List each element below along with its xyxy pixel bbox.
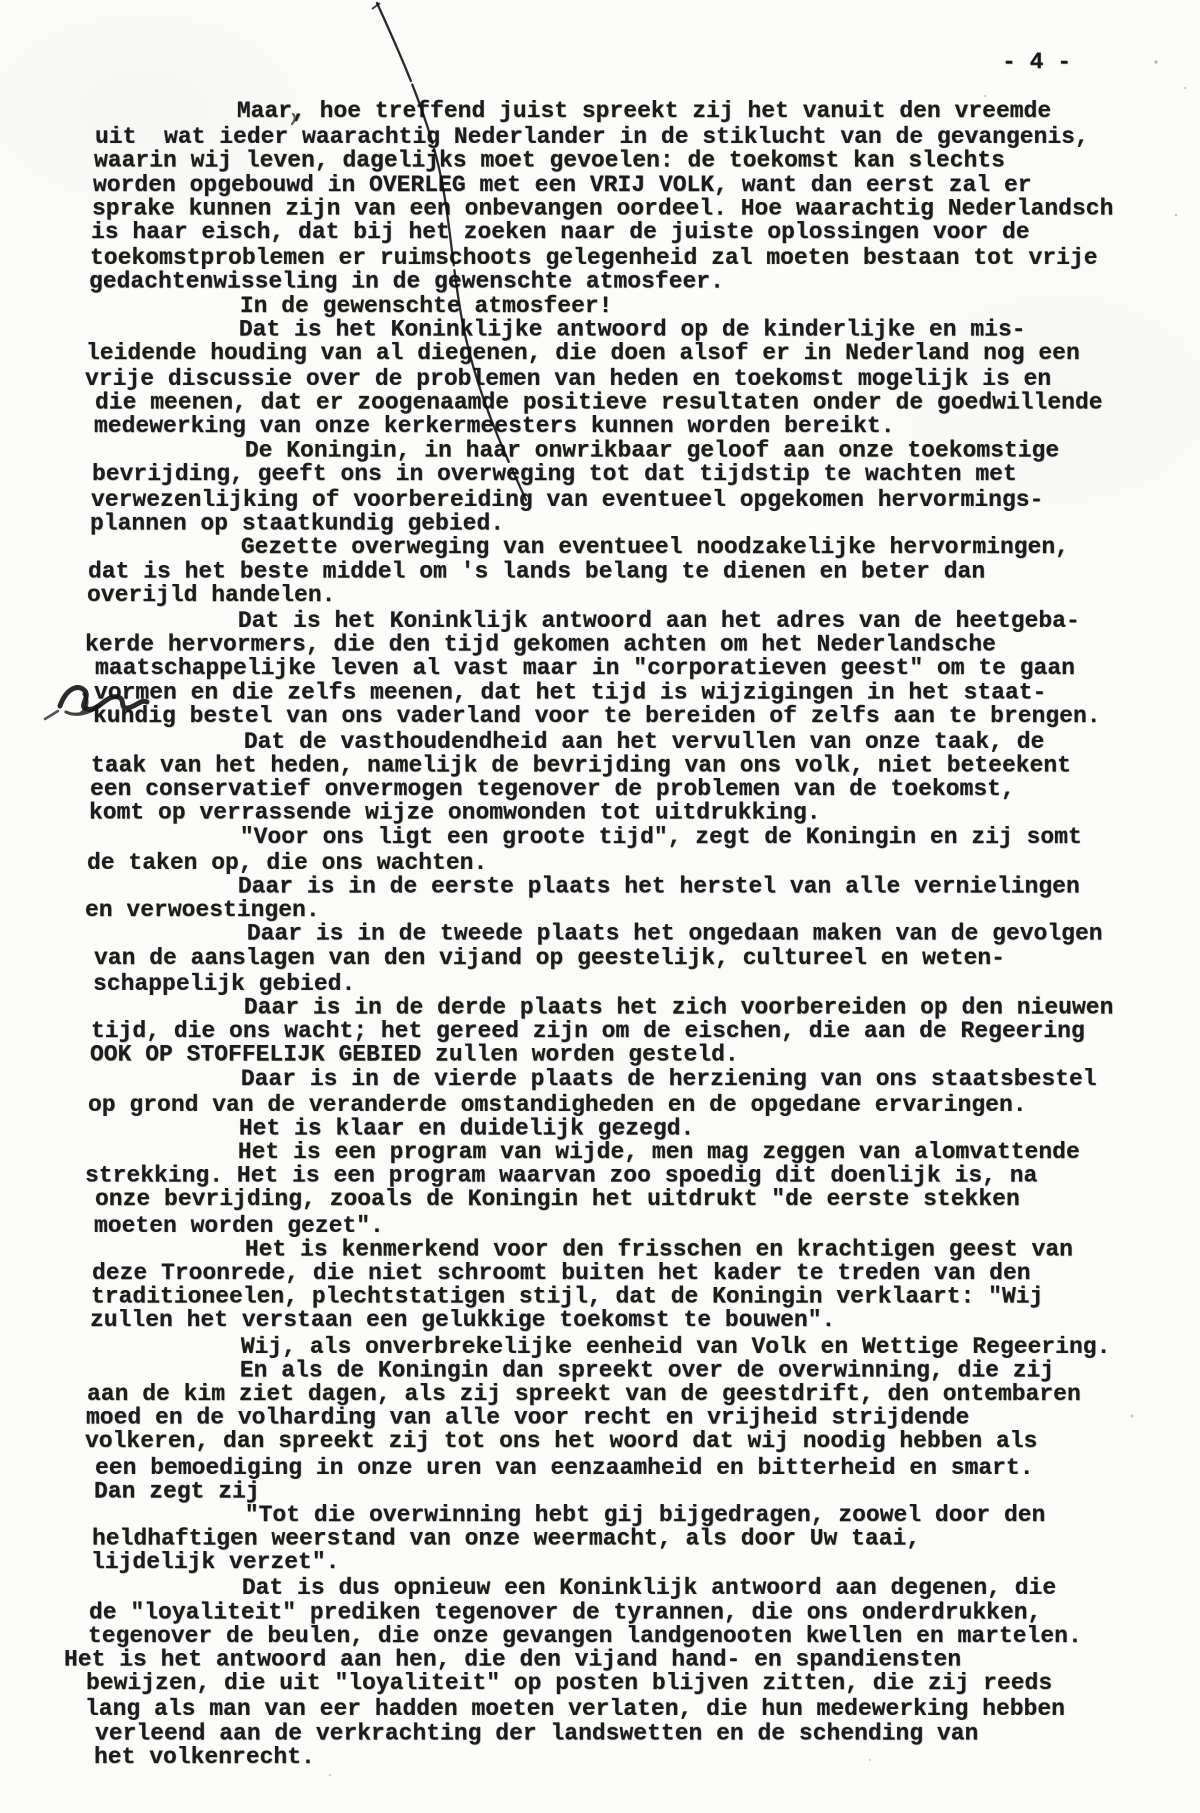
- text-line: die meenen, dat er zoogenaamde positieve…: [95, 391, 1175, 415]
- text-line: aan de kim ziet dagen, als zij spreekt v…: [87, 1382, 1167, 1406]
- text-line: schappelijk gebied.: [93, 972, 1173, 996]
- scratch-tip-mark: [372, 3, 380, 9]
- text-line: overijld handelen.: [87, 583, 1167, 607]
- text-line: strekking. Het is een program waarvan zo…: [85, 1164, 1165, 1188]
- text-line: deze Troonrede, die niet schroomt buiten…: [92, 1261, 1172, 1285]
- text-line: Daar is in de eerste plaats het herstel …: [86, 874, 1166, 898]
- text-line: Het is kenmerkend voor den frisschen en …: [93, 1237, 1173, 1261]
- text-line: uit wat ieder waarachtig Nederlander in …: [95, 125, 1175, 149]
- margin-tick-mark: [45, 711, 58, 719]
- text-line: worden opgebouwd in OVERLEG met een VRIJ…: [93, 173, 1173, 197]
- text-line: En als de Koningin dan spreekt over de o…: [88, 1358, 1168, 1382]
- text-line: "Voor ons ligt een groote tijd", zegt de…: [88, 825, 1168, 849]
- text-line: OOK OP STOFFELIJK GEBIED zullen worden g…: [90, 1043, 1170, 1067]
- text-line: moeten worden gezet".: [94, 1213, 1174, 1237]
- text-line: op grond van de veranderde omstandighede…: [88, 1092, 1168, 1116]
- text-line: komt op verrassende wijze onomwonden tot…: [89, 801, 1169, 825]
- text-line: tijd, die ons wacht; het gereed zijn om …: [91, 1019, 1171, 1043]
- text-line: sprake kunnen zijn van een onbevangen oo…: [92, 196, 1172, 220]
- text-line: medewerking van onze kerkermeesters kunn…: [94, 414, 1174, 438]
- text-line: Dat is het Koninklijk antwoord aan het a…: [86, 609, 1166, 633]
- text-line: Dat de vasthoudendheid aan het vervullen…: [92, 730, 1172, 754]
- text-line: verleend aan de verkrachting der landswe…: [95, 1721, 1175, 1745]
- text-line: is haar eisch, dat bij het zoeken naar d…: [91, 220, 1171, 244]
- text-line: de taken op, die ons wachten.: [87, 851, 1167, 875]
- text-line: een bemoediging in onze uren van eenzaam…: [95, 1455, 1175, 1479]
- text-line: dat is het beste middel om 's lands bela…: [88, 559, 1168, 583]
- text-line: Het is klaar en duidelijk gezegd.: [87, 1116, 1167, 1140]
- text-line: Wij, als onverbrekelijke eenheid van Vol…: [89, 1334, 1169, 1358]
- text-line: Dat is het Koninklijke antwoord op de ki…: [87, 317, 1167, 341]
- text-line: moed en de volharding van alle voor rech…: [86, 1406, 1166, 1430]
- page-number: - 4 -: [1002, 50, 1071, 74]
- text-line: verwezenlijking of voorbereiding van eve…: [91, 488, 1171, 512]
- text-line: het volkenrecht.: [94, 1745, 1174, 1769]
- text-line: kerde hervormers, die den tijd gekomen a…: [85, 633, 1165, 657]
- text-line: In de gewenschte atmosfeer!: [88, 294, 1168, 318]
- text-line: gedachtenwisseling in de gewenschte atmo…: [89, 270, 1169, 294]
- text-line: tegenover de beulen, die onze gevangen l…: [88, 1624, 1168, 1648]
- text-line: Maar, hoe treffend juist spreekt zij het…: [85, 99, 1165, 123]
- text-line: vrije discussie over de problemen van he…: [85, 367, 1165, 391]
- text-line: plannen op staatkundig gebied.: [90, 512, 1170, 536]
- text-line: Dat is dus opnieuw een Koninklijk antwoo…: [90, 1576, 1170, 1600]
- text-line: Dan zegt zij: [94, 1479, 1174, 1503]
- text-line: Het is het antwoord aan hen, die den vij…: [64, 1648, 1144, 1672]
- scanned-document-page: - 4 - Maar, hoe treffend juist spreekt z…: [0, 0, 1200, 1813]
- text-line: de "loyaliteit" prediken tegenover de ty…: [89, 1600, 1169, 1624]
- text-line: "Tot die overwinning hebt gij bijgedrage…: [93, 1503, 1173, 1527]
- text-line: bewijzen, die uit "loyaliteit" op posten…: [86, 1671, 1166, 1695]
- text-line: lijdelijk verzet".: [91, 1550, 1171, 1574]
- text-line: traditioneelen, plechtstatigen stijl, da…: [91, 1285, 1171, 1309]
- text-line: Daar is in de derde plaats het zich voor…: [92, 995, 1172, 1019]
- document-text-block: Maar, hoe treffend juist spreekt zij het…: [90, 100, 1170, 1769]
- text-line: van de aanslagen van den vijand op geest…: [94, 946, 1174, 970]
- text-line: Daar is in de tweede plaats het ongedaan…: [95, 922, 1175, 946]
- text-line: bevrijding, geeft ons in overweging tot …: [92, 462, 1172, 486]
- text-line: heldhaftigen weerstand van onze weermach…: [92, 1527, 1172, 1551]
- text-line: Gezette overweging van eventueel noodzak…: [89, 535, 1169, 559]
- text-line: toekomstproblemen er ruimschoots gelegen…: [90, 246, 1170, 270]
- text-line: De Koningin, in haar onwrikbaar geloof a…: [93, 438, 1173, 462]
- text-line: kundig bestel van ons vaderland voor te …: [93, 704, 1173, 728]
- text-line: maatschappelijke leven al vast maar in "…: [95, 656, 1175, 680]
- text-line: volkeren, dan spreekt zij tot ons het wo…: [85, 1430, 1165, 1454]
- text-line: waarin wij leven, dagelijks moet gevoele…: [94, 149, 1174, 173]
- text-line: een conservatief onvermogen tegenover de…: [90, 777, 1170, 801]
- text-line: Daar is in de vierde plaats de herzienin…: [89, 1067, 1169, 1091]
- text-line: leidende houding van al diegenen, die do…: [86, 341, 1166, 365]
- text-line: taak van het heden, namelijk de bevrijdi…: [91, 753, 1171, 777]
- text-line: Het is een program van wijde, men mag ze…: [86, 1140, 1166, 1164]
- text-line: zullen het verstaan een gelukkige toekom…: [90, 1309, 1170, 1333]
- text-line: onze bevrijding, zooals de Koningin het …: [95, 1188, 1175, 1212]
- text-line: en verwoestingen.: [85, 898, 1165, 922]
- text-line: lang als man van eer hadden moeten verla…: [85, 1697, 1165, 1721]
- text-line: vormen en die zelfs meenen, dat het tijd…: [94, 680, 1174, 704]
